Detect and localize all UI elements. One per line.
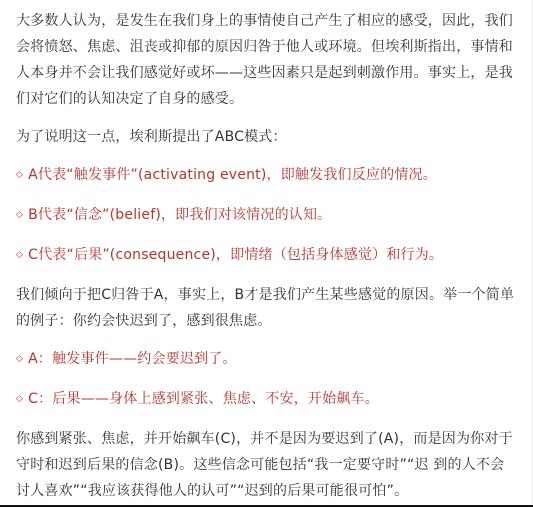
bullet-item-a: ◇A代表“触发事件”(activating event)，即触发我们反应的情况。	[16, 162, 516, 190]
bullet-text: C：后果——身体上感到紧张、焦虑、不安，开始飙车。	[28, 391, 379, 407]
diamond-bullet-icon: ◇	[16, 346, 23, 372]
intro-paragraph: 大多数人认为，是发生在我们身上的事情使自己产生了相应的感受，因此，我们会将愤怒、…	[16, 8, 516, 112]
bullet-text: A代表“触发事件”(activating event)，即触发我们反应的情况。	[28, 167, 437, 183]
document-page: 大多数人认为，是发生在我们身上的事情使自己产生了相应的感受，因此，我们会将愤怒、…	[0, 0, 533, 505]
example-bullet-c: ◇C：后果——身体上感到紧张、焦虑、不安，开始飙车。	[16, 386, 516, 414]
bullet-item-b: ◇B代表“信念”(belief)，即我们对该情况的认知。	[16, 202, 516, 230]
diamond-bullet-icon: ◇	[16, 242, 23, 268]
bullet-text: C代表“后果”(consequence)，即情绪（包括身体感觉）和行为。	[28, 247, 443, 263]
tendency-paragraph: 我们倾向于把C归咎于A，事实上，B才是我们产生某些感觉的原因。举一个简单的例子：…	[16, 282, 516, 334]
conclusion-paragraph: 你感到紧张、焦虑，并开始飙车(C)，并不是因为要迟到了(A)，而是因为你对于守时…	[16, 426, 516, 504]
diamond-bullet-icon: ◇	[16, 162, 23, 188]
abc-lead-paragraph: 为了说明这一点，埃利斯提出了ABC模式：	[16, 124, 516, 150]
diamond-bullet-icon: ◇	[16, 386, 23, 412]
diamond-bullet-icon: ◇	[16, 202, 23, 228]
bullet-item-c: ◇C代表“后果”(consequence)，即情绪（包括身体感觉）和行为。	[16, 242, 516, 270]
bullet-text: B代表“信念”(belief)，即我们对该情况的认知。	[28, 207, 331, 223]
example-bullet-a: ◇A：触发事件——约会要迟到了。	[16, 346, 516, 374]
bullet-text: A：触发事件——约会要迟到了。	[28, 351, 237, 367]
